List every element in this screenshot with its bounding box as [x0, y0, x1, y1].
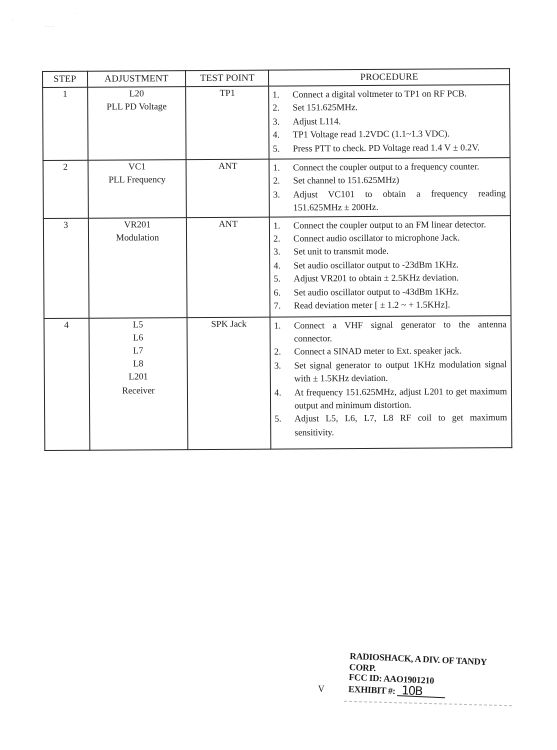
procedure-step-text: Connect the coupler output to an FM line…: [293, 219, 486, 230]
procedure-step-text: TP1 Voltage read 1.2VDC (1.1~1.3 VDC).: [293, 129, 450, 140]
procedure-step-text: Connect a VHF signal generator to the an…: [294, 319, 507, 344]
procedure-step: 2.Connect audio oscillator to microphone…: [270, 231, 506, 246]
document-page: · · - - - STEP ADJUSTMENT TEST POINT PRO…: [0, 0, 557, 750]
procedure-step: 3.Set signal generator to output 1KHz mo…: [271, 358, 507, 386]
procedure-step: 1.Connect the coupler output to a freque…: [270, 160, 506, 175]
procedure-step-text: Set audio oscillator output to -43dBm 1K…: [294, 286, 459, 297]
cell-test-point: ANT: [187, 217, 271, 318]
page-number: V: [318, 684, 325, 694]
procedure-step: 3.Set unit to transmit mode.: [270, 245, 506, 260]
scan-artifact: - - -: [45, 24, 54, 30]
procedure-step-text: Connect audio oscillator to microphone J…: [293, 232, 459, 243]
procedure-step-number: 4.: [274, 259, 281, 272]
procedure-step-text: Set signal generator to output 1KHz modu…: [294, 359, 507, 384]
procedure-step: 3.Adjust L114.: [270, 114, 506, 129]
procedure-step: 4.At frequency 151.625MHz, adjust L201 t…: [271, 385, 507, 413]
procedure-step-number: 4.: [273, 129, 280, 142]
procedure-step-text: Set audio oscillator output to -23dBm 1K…: [294, 259, 459, 270]
table-row: 1L20PLL PD VoltageTP11.Connect a digital…: [43, 85, 510, 161]
header-procedure: PROCEDURE: [269, 69, 510, 86]
cell-test-point: SPK Jack: [187, 317, 271, 450]
adjustment-line: L20: [88, 87, 186, 101]
procedure-step-number: 7.: [274, 300, 281, 313]
adjustment-line: PLL PD Voltage: [88, 100, 186, 114]
procedure-step: 4.TP1 Voltage read 1.2VDC (1.1~1.3 VDC).: [270, 127, 506, 142]
procedure-step-number: 1.: [274, 319, 281, 332]
adjustment-line: L7: [89, 344, 187, 358]
fcc-stamp: RADIOSHACK, A DIV. OF TANDY CORP. FCC ID…: [348, 651, 487, 700]
procedure-step-text: Read deviation meter [ ± 1.2 ~ + 1.5KHz]…: [294, 300, 450, 311]
cell-procedure: 1.Connect the coupler output to a freque…: [269, 158, 510, 217]
procedure-step-text: Adjust VC101 to obtain a frequency readi…: [293, 188, 506, 213]
procedure-step-number: 3.: [274, 359, 281, 372]
cell-step: 4: [44, 318, 89, 450]
procedure-step-text: Press PTT to check. PD Voltage read 1.4 …: [293, 142, 480, 153]
procedure-step-text: Connect a SINAD meter to Ext. speaker ja…: [294, 346, 462, 357]
stamp-exhibit-label: EXHIBIT #:: [348, 684, 396, 696]
procedure-step: 5. Press PTT to check. PD Voltage read 1…: [270, 141, 506, 156]
scan-artifact: ·: [75, 11, 77, 17]
cell-step: 1: [43, 87, 88, 160]
procedure-step: 2.Set channel to 151.625MHz): [270, 174, 506, 189]
procedure-step-text: Adjust VR201 to obtain ± 2.5KHz deviatio…: [294, 273, 459, 284]
procedure-step-text: Connect the coupler output to a frequenc…: [293, 161, 479, 172]
adjustment-line: Receiver: [90, 384, 188, 398]
header-adjustment: ADJUSTMENT: [87, 71, 186, 88]
procedure-step-number: 5.: [274, 413, 281, 426]
procedure-step: 1.Connect the coupler output to an FM li…: [270, 218, 506, 233]
procedure-step: 6.Set audio oscillator output to -43dBm …: [271, 285, 507, 300]
cell-test-point: TP1: [186, 86, 270, 160]
cell-procedure: 1.Connect a digital voltmeter to TP1 on …: [269, 85, 510, 159]
adjustment-line: L8: [89, 357, 187, 371]
adjustment-line: PLL Frequency: [88, 173, 186, 187]
procedure-step: 2.Connect a SINAD meter to Ext. speaker …: [271, 345, 507, 360]
procedure-list: 1.Connect a VHF signal generator to the …: [271, 316, 511, 441]
procedure-step: 5.Adjust L5, L6, L7, L8 RF coil to get m…: [271, 412, 507, 440]
procedure-step-number: 5.: [274, 273, 281, 286]
procedure-step-number: 6.: [274, 286, 281, 299]
header-test-point: TEST POINT: [186, 70, 269, 87]
procedure-step-text: Connect a digital voltmeter to TP1 on RF…: [293, 88, 467, 99]
adjustment-line: Modulation: [89, 231, 187, 245]
procedure-step-number: 1.: [273, 89, 280, 102]
procedure-step-text: Set channel to 151.625MHz): [293, 175, 399, 186]
procedure-list: 1.Connect the coupler output to a freque…: [270, 158, 510, 216]
procedure-step: 3.Adjust VC101 to obtain a frequency rea…: [270, 187, 506, 215]
procedure-step-text: At frequency 151.625MHz, adjust L201 to …: [294, 386, 507, 411]
table-row: 2VC1PLL FrequencyANT1.Connect the couple…: [43, 158, 510, 218]
procedure-step: 2.Set 151.625MHz.: [270, 101, 506, 116]
table-row: 4L5L6L7L8L201ReceiverSPK Jack1.Connect a…: [44, 315, 512, 450]
procedure-step-text: Adjust L5, L6, L7, L8 RF coil to get max…: [294, 413, 507, 438]
header-step: STEP: [43, 71, 88, 87]
procedure-step: 7. Read deviation meter [ ± 1.2 ~ + 1.5K…: [271, 298, 507, 313]
table-row: 3VR201ModulationANT1.Connect the coupler…: [43, 215, 511, 318]
adjustment-line: L5: [89, 318, 187, 332]
scan-artifact: ·: [12, 18, 14, 24]
cell-adjustment: VR201Modulation: [88, 217, 187, 318]
cell-step: 3: [43, 218, 88, 318]
procedure-step-number: 1.: [273, 219, 280, 232]
procedure-step-number: 3.: [273, 246, 280, 259]
procedure-step-number: 1.: [273, 162, 280, 175]
procedure-step-number: 3.: [273, 115, 280, 128]
procedure-step-number: 4.: [274, 386, 281, 399]
procedure-step: 4.Set audio oscillator output to -23dBm …: [271, 258, 507, 273]
procedure-step-number: 2.: [273, 175, 280, 188]
procedure-list: 1.Connect a digital voltmeter to TP1 on …: [269, 85, 509, 156]
cell-adjustment: VC1PLL Frequency: [88, 160, 187, 218]
procedure-step-number: 2.: [274, 346, 281, 359]
stamp-exhibit-handwritten-value: 10B: [397, 685, 445, 698]
cell-adjustment: L20PLL PD Voltage: [87, 87, 186, 161]
table-body: 1L20PLL PD VoltageTP11.Connect a digital…: [43, 85, 512, 450]
alignment-procedure-table: STEP ADJUSTMENT TEST POINT PROCEDURE 1L2…: [42, 68, 512, 450]
procedure-step: 1.Connect a digital voltmeter to TP1 on …: [270, 87, 506, 102]
adjustment-line: VR201: [89, 218, 187, 232]
cell-step: 2: [43, 160, 88, 218]
procedure-step-text: Set unit to transmit mode.: [293, 246, 388, 257]
procedure-step-text: Adjust L114.: [293, 116, 341, 126]
procedure-step-text: Set 151.625MHz.: [293, 102, 358, 112]
adjustment-line: L6: [89, 331, 187, 345]
cell-procedure: 1.Connect the coupler output to an FM li…: [270, 215, 511, 316]
procedure-step-number: 5.: [273, 142, 280, 155]
procedure-step-number: 2.: [273, 233, 280, 246]
cell-adjustment: L5L6L7L8L201Receiver: [89, 317, 188, 450]
adjustment-line: L201: [90, 371, 188, 385]
stamp-edge-line: [344, 701, 512, 706]
procedure-step: 1.Connect a VHF signal generator to the …: [271, 318, 507, 346]
procedure-step-number: 2.: [273, 102, 280, 115]
cell-test-point: ANT: [186, 159, 270, 217]
cell-procedure: 1.Connect a VHF signal generator to the …: [270, 315, 511, 448]
procedure-step: 5.Adjust VR201 to obtain ± 2.5KHz deviat…: [271, 271, 507, 286]
adjustment-line: VC1: [88, 160, 186, 174]
procedure-list: 1.Connect the coupler output to an FM li…: [270, 216, 510, 314]
procedure-step-number: 3.: [273, 188, 280, 201]
